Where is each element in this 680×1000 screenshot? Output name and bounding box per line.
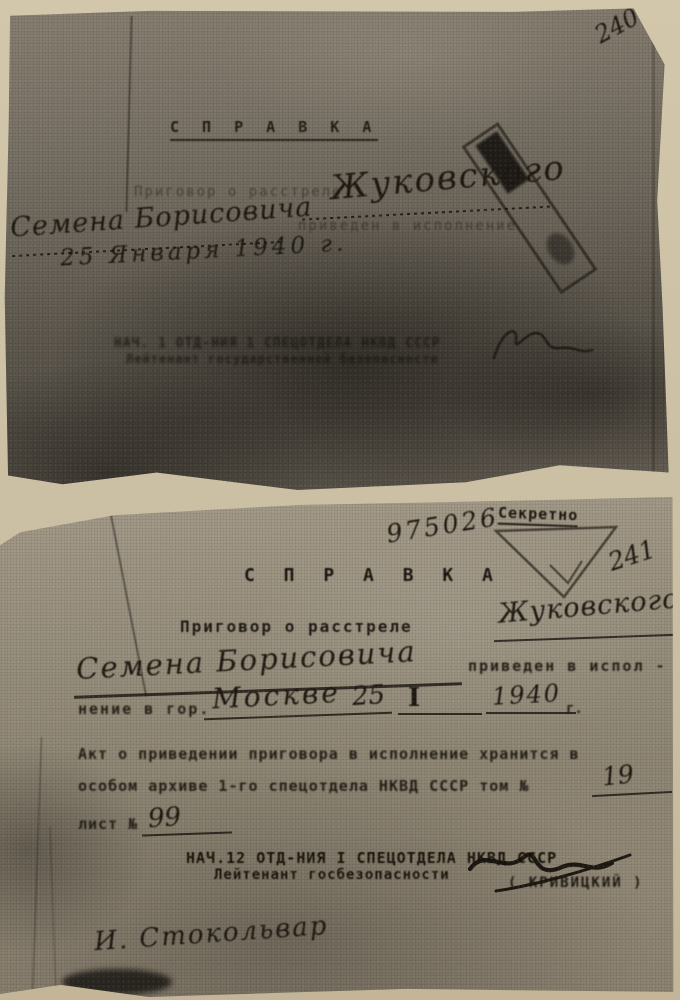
official-rank: Лейтенант госбезопасности (214, 867, 450, 883)
official-title-faint: НАЧ. 1 ОТД-НИЯ 1 СПЕЦОТДЕЛА НКВД СССР (114, 336, 441, 351)
official-rank-faint: Лейтенант государственной безопасности (126, 352, 439, 366)
edge-shadow (652, 6, 655, 476)
page-number-hand: 240 (590, 6, 644, 49)
month-roman-handwritten: I (408, 683, 420, 713)
typed-archive-line1: Акт о приведении приговора в исполнение … (78, 745, 580, 763)
certificate-title: С П Р А В К А (170, 118, 378, 141)
fold-crease-left (31, 737, 42, 997)
day-handwritten: 25 (351, 680, 386, 712)
typed-city-prefix: нение в гор. (78, 700, 210, 718)
ink-blotch (62, 969, 172, 995)
officer-signature-scrawl (466, 841, 636, 907)
fold-crease-left2 (49, 827, 57, 997)
typed-archive-line2: особом архиве 1-го спецотдела НКВД СССР … (78, 777, 529, 795)
stamp-ink-blot (541, 228, 580, 270)
typed-sentence-mid: приведен в испол - (468, 657, 667, 675)
bottom-document-scan: Секретно 975026 241 С П Р А В К А Пригов… (0, 497, 676, 1000)
typed-sentence-prefix: Приговор о расстреле (180, 617, 413, 636)
typed-sheet-label: лист № (78, 815, 138, 833)
typed-year-suffix: г. (566, 701, 583, 717)
sheet-number-handwritten: 99 (147, 802, 182, 834)
archivist-note-handwritten: И. Стокольвар (93, 911, 329, 957)
signature-scrawl (488, 320, 598, 372)
fold-crease-vertical (125, 16, 132, 212)
certificate-title: С П Р А В К А (244, 565, 502, 586)
year-handwritten: 1940 (491, 679, 561, 711)
top-document-scan: 240 С П Р А В К А Приговор о расстреле Ж… (2, 6, 674, 492)
secret-stamp: Секретно (498, 504, 579, 528)
city-handwritten: Москве (211, 676, 341, 716)
scanned-archive-page: 240 С П Р А В К А Приговор о расстреле Ж… (0, 0, 680, 1000)
name-patronymic-handwritten: Семена Борисовича (75, 634, 417, 686)
file-number-handwritten: 975026 (384, 502, 501, 548)
underline (592, 791, 672, 797)
underline (398, 713, 482, 715)
underline (494, 634, 674, 642)
underline (486, 712, 576, 714)
volume-number-handwritten: 19 (601, 759, 636, 791)
officer-name: ( КРИВИЦКИЙ ) (508, 875, 644, 891)
